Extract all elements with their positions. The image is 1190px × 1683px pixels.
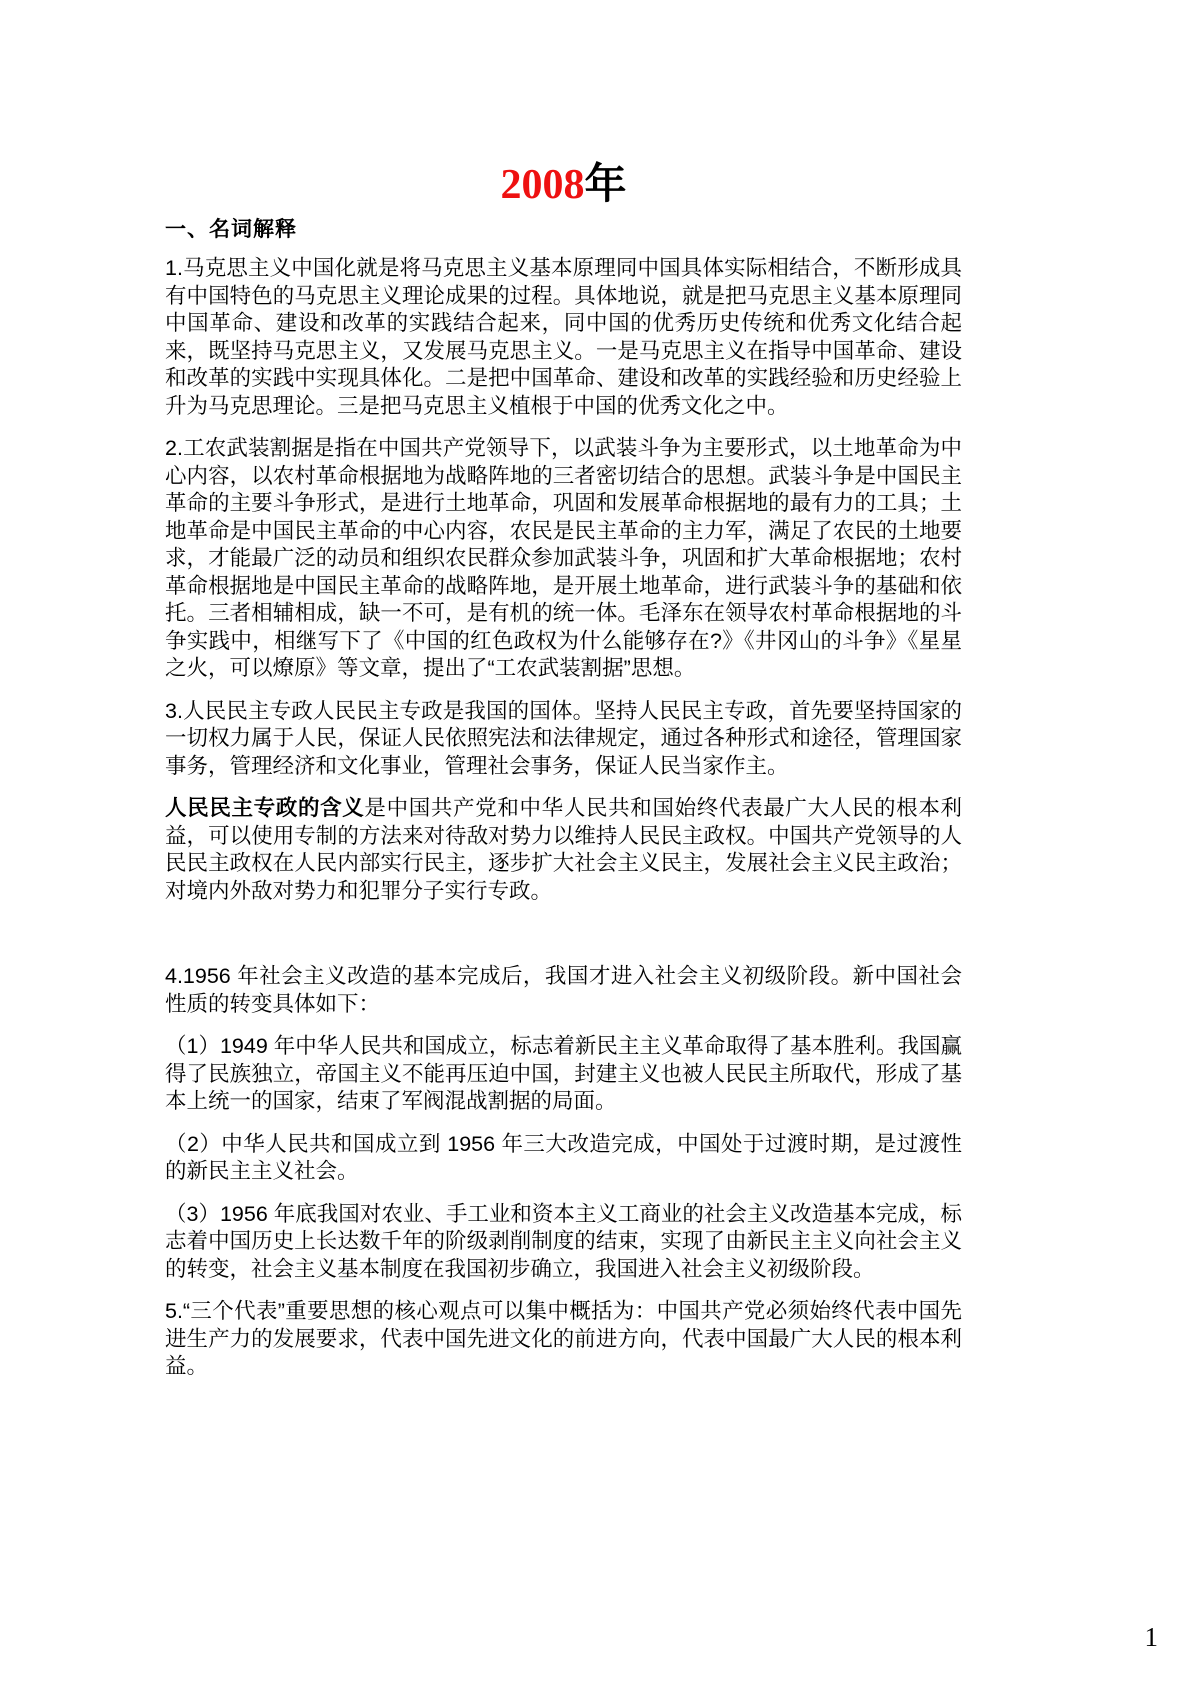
section-heading: 一、名词解释 bbox=[165, 217, 962, 243]
definition-1-marxism-sinicization: 1.马克思主义中国化就是将马克思主义基本原理同中国具体实际相结合，不断形成具有中… bbox=[165, 255, 962, 420]
title-suffix: 年 bbox=[584, 160, 626, 207]
definition-3-peoples-democratic-dictatorship: 3.人民民主专政人民民主专政是我国的国体。坚持人民民主专政，首先要坚持国家的一切… bbox=[165, 698, 962, 781]
annotation-bold-lead: 人民民主专政的含义 bbox=[165, 796, 364, 820]
document-page: 2008年 一、名词解释 1.马克思主义中国化就是将马克思主义基本原理同中国具体… bbox=[0, 0, 1190, 1683]
page-title: 2008年 bbox=[165, 158, 962, 211]
title-year: 2008 bbox=[500, 162, 584, 208]
page-number: 1 bbox=[1145, 1622, 1159, 1653]
definition-3-annotation: 人民民主专政的含义是中国共产党和中华人民共和国始终代表最广大人民的根本利益，可以… bbox=[165, 795, 962, 905]
definition-4-point-2: （2）中华人民共和国成立到 1956 年三大改造完成，中国处于过渡时期，是过渡性… bbox=[165, 1131, 962, 1186]
document-content: 2008年 一、名词解释 1.马克思主义中国化就是将马克思主义基本原理同中国具体… bbox=[165, 158, 962, 1396]
definition-4-point-3: （3）1956 年底我国对农业、手工业和资本主义工商业的社会主义改造基本完成，标… bbox=[165, 1201, 962, 1284]
definition-4-point-1: （1）1949 年中华人民共和国成立，标志着新民主主义革命取得了基本胜利。我国赢… bbox=[165, 1033, 962, 1116]
definition-4-socialist-transformation: 4.1956 年社会主义改造的基本完成后，我国才进入社会主义初级阶段。新中国社会… bbox=[165, 963, 962, 1018]
definition-2-armed-separatism: 2.工农武装割据是指在中国共产党领导下，以武装斗争为主要形式，以土地革命为中心内… bbox=[165, 435, 962, 683]
definition-5-three-represents: 5.“三个代表”重要思想的核心观点可以集中概括为：中国共产党必须始终代表中国先进… bbox=[165, 1298, 962, 1381]
